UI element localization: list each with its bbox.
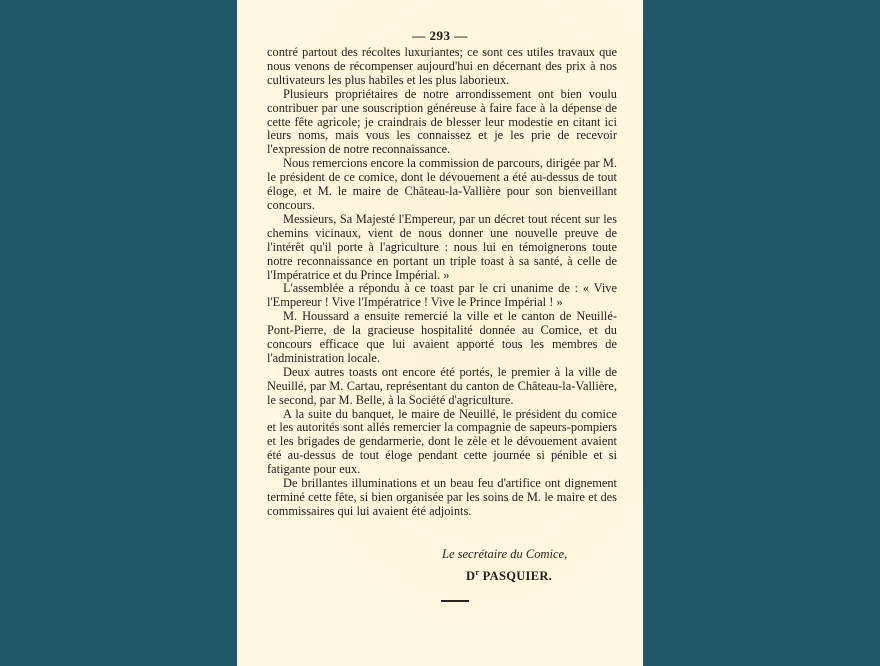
signature-title: Le secrétaire du Comice, xyxy=(442,547,567,562)
paragraph: Messieurs, Sa Majesté l'Empereur, par un… xyxy=(267,213,617,283)
paragraph: Nous remercions encore la commission de … xyxy=(267,157,617,213)
signature-name-text: PASQUIER. xyxy=(479,569,552,583)
signature-name-prefix: D xyxy=(466,569,475,583)
end-rule-divider xyxy=(441,600,469,602)
page-number: — 293 — xyxy=(237,28,643,44)
paragraph: A la suite du banquet, le maire de Neuil… xyxy=(267,408,617,478)
paragraph: L'assemblée a répondu à ce toast par le … xyxy=(267,282,617,310)
signature-name: Dr PASQUIER. xyxy=(466,568,552,584)
paragraph: contré partout des récoltes luxuriantes;… xyxy=(267,46,617,88)
paragraph: Deux autres toasts ont encore été portés… xyxy=(267,366,617,408)
page-body: contré partout des récoltes luxuriantes;… xyxy=(267,46,617,519)
document-viewer: — 293 — contré partout des récoltes luxu… xyxy=(0,0,880,666)
paragraph: Plusieurs propriétaires de notre arrondi… xyxy=(267,88,617,158)
paragraph: M. Houssard a ensuite remercié la ville … xyxy=(267,310,617,366)
scanned-page: — 293 — contré partout des récoltes luxu… xyxy=(237,0,643,666)
paragraph: De brillantes illuminations et un beau f… xyxy=(267,477,617,519)
